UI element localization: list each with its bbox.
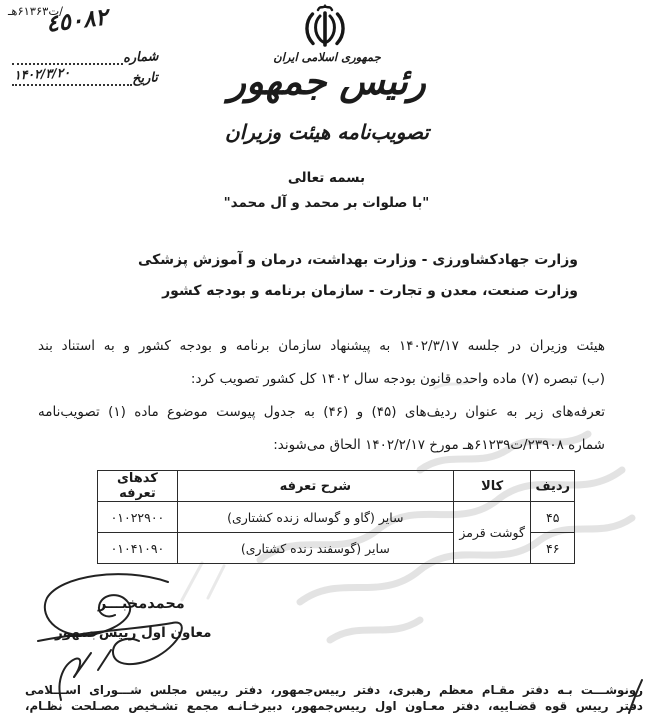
header-radif: ردیف <box>531 471 575 502</box>
cell-sharh: سایر (گاو و گوساله زنده کشتاری) <box>177 502 453 533</box>
body-paragraph-2: تعرفه‌های زیر به عنوان ردیف‌های (۴۵) و (… <box>38 396 605 462</box>
signer-name: محمدمخبـــر <box>98 596 185 612</box>
cell-code: ۰۱۰۲۲۹۰۰ <box>98 502 178 533</box>
cell-kala-merged: گوشت قرمز <box>453 502 531 564</box>
cell-radif: ۴۵ <box>531 502 575 533</box>
tariff-table: ردیف کالا شرح تعرفه کدهای تعرفه ۴۵ گوشت … <box>97 470 575 564</box>
footer-copies: رونوشـــت بـه دفتر مقـام معظم رهبری، دفت… <box>25 682 643 714</box>
ref-number-row: شماره <box>12 45 160 65</box>
basmala: بسمه تعالی <box>0 170 653 186</box>
header-kala: کالا <box>453 471 531 502</box>
table-row: ۴۵ گوشت قرمز سایر (گاو و گوساله زنده کشت… <box>98 502 575 533</box>
document-page: /ت۶۱۳۶۳هـ ٤٥٠٨٢ شماره تاریخ ۱۴۰۲/۳/۲۰ جم… <box>0 0 653 721</box>
salawat-line: "با صلوات بر محمد و آل محمد" <box>0 195 653 211</box>
addressee-block: وزارت جهادکشاورزی - وزارت بهداشت، درمان … <box>138 245 578 307</box>
table-header-row: ردیف کالا شرح تعرفه کدهای تعرفه <box>98 471 575 502</box>
cell-code: ۰۱۰۴۱۰۹۰ <box>98 533 178 564</box>
footer-line-1: رونوشـــت بـه دفتر مقـام معظم رهبری، دفت… <box>25 682 643 698</box>
cell-radif: ۴۶ <box>531 533 575 564</box>
header-code: کدهای تعرفه <box>98 471 178 502</box>
body-paragraph-1: هیئت وزیران در جلسه ۱۴۰۲/۳/۱۷ به پیشنهاد… <box>38 330 605 396</box>
footer-line-2: دفتر رییس قوه قضـاییه، دفتر معـاون اول ر… <box>25 698 643 714</box>
document-type-title: تصویب‌نامه هیئت وزیران <box>192 120 462 144</box>
paragraph-1-line-2: (ب) تبصره (۷) ماده واحده قانون بودجه سال… <box>38 363 605 396</box>
iran-emblem-icon <box>301 2 349 54</box>
addressee-line-2: وزارت صنعت، معدن و تجارت - سازمان برنامه… <box>138 276 578 307</box>
date-dotted-line: ۱۴۰۲/۳/۲۰ <box>12 70 132 86</box>
paragraph-2-line-2: شماره ۲۳۹۰۸/ت۶۱۲۳۹هـ مورخ ۱۴۰۲/۲/۱۷ الحا… <box>38 429 605 462</box>
signer-title: معاون اول رییس‌جمهور <box>55 625 211 641</box>
cell-sharh: سایر (گوسفند زنده کشتاری) <box>177 533 453 564</box>
header-sharh: شرح تعرفه <box>177 471 453 502</box>
date-handwritten: ۱۴۰۲/۳/۲۰ <box>14 65 71 83</box>
paragraph-2-line-1: تعرفه‌های زیر به عنوان ردیف‌های (۴۵) و (… <box>38 396 605 429</box>
addressee-line-1: وزارت جهادکشاورزی - وزارت بهداشت، درمان … <box>138 245 578 276</box>
date-label: تاریخ <box>132 70 161 86</box>
number-label: شماره <box>122 49 160 66</box>
paragraph-1-line-1: هیئت وزیران در جلسه ۱۴۰۲/۳/۱۷ به پیشنهاد… <box>38 330 605 363</box>
ref-date-row: تاریخ ۱۴۰۲/۳/۲۰ <box>12 66 160 86</box>
number-dotted-line <box>12 49 123 65</box>
president-calligraphy: رئیس جمهور <box>192 60 462 103</box>
